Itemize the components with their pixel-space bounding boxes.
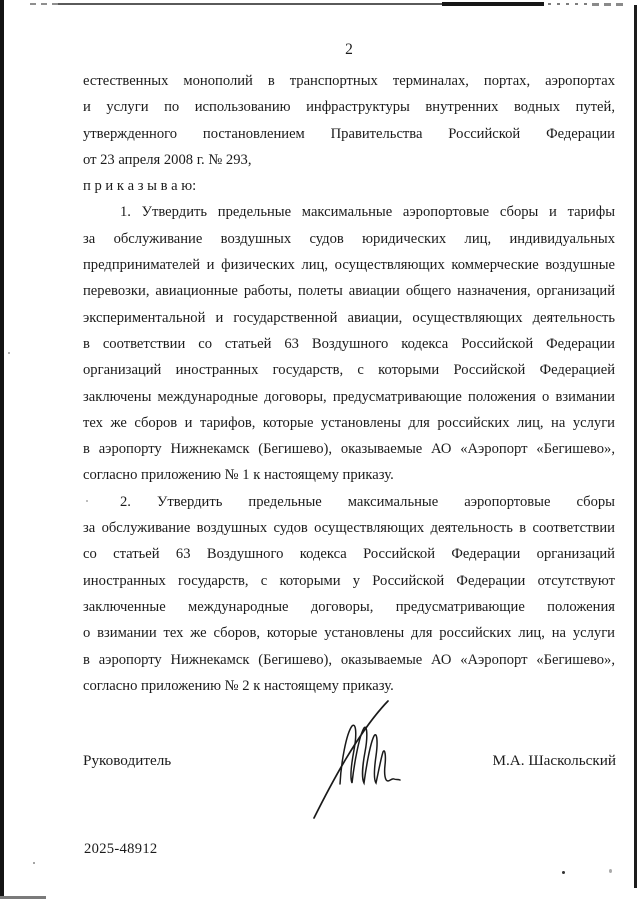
text-line-item-1: 1. Утвердить предельные максимальные аэр… — [83, 199, 615, 225]
text-line: и услуги по использованию инфраструктуры… — [83, 94, 615, 120]
scan-edge-top-dark — [442, 2, 544, 6]
text-line: организаций иностранных государств, с ко… — [83, 357, 615, 383]
scan-edge-top-line — [58, 3, 442, 5]
text-line: тех же сборов и тарифов, которые установ… — [83, 410, 615, 436]
scan-speck — [33, 862, 35, 864]
scan-edge-top-dashes — [30, 3, 58, 5]
scan-speck — [609, 869, 612, 873]
text-line: со статьей 63 Воздушного кодекса Российс… — [83, 541, 615, 567]
signer-position-label: Руководитель — [83, 751, 171, 770]
text-line: в аэропорту Нижнекамск (Бегишево), оказы… — [83, 647, 615, 673]
text-line: в соответствии со статьей 63 Воздушного … — [83, 331, 615, 357]
text-line: о взимании тех же сборов, которые устано… — [83, 620, 615, 646]
scan-corner-bottom-left — [0, 896, 46, 899]
text-line: в аэропорту Нижнекамск (Бегишево), оказы… — [83, 436, 615, 462]
text-line: заключенные международные договоры, пред… — [83, 594, 615, 620]
text-line: естественных монополий в транспортных те… — [83, 68, 615, 94]
text-line: от 23 апреля 2008 г. № 293, — [83, 147, 615, 173]
scan-speck — [8, 352, 10, 354]
text-line-item-2: 2. Утвердить предельные максимальные аэр… — [83, 489, 615, 515]
scan-edge-top-dashes-right — [592, 3, 625, 6]
text-line: иностранных государств, с которыми у Рос… — [83, 568, 615, 594]
page-number: 2 — [83, 41, 615, 58]
text-line: экспериментальной и государственной авиа… — [83, 305, 615, 331]
text-line: за обслуживание воздушных судов юридичес… — [83, 226, 615, 252]
text-line: за обслуживание воздушных судов осуществ… — [83, 515, 615, 541]
signer-name: М.А. Шаскольский — [492, 751, 616, 770]
text-line: согласно приложению № 1 к настоящему при… — [83, 462, 615, 488]
scan-edge-top-dots — [548, 3, 590, 5]
document-body: естественных монополий в транспортных те… — [83, 68, 615, 699]
text-line: заключены международные договоры, предус… — [83, 384, 615, 410]
text-line: предпринимателей и физических лиц, осуще… — [83, 252, 615, 278]
handwritten-signature — [300, 688, 405, 828]
text-line: утвержденного постановлением Правительст… — [83, 121, 615, 147]
scan-edge-left — [0, 0, 4, 897]
document-footer-code: 2025-48912 — [84, 841, 158, 858]
scan-speck — [562, 871, 565, 874]
text-line: перевозки, авиационные работы, полеты ав… — [83, 278, 615, 304]
document-page: 2 естественных монополий в транспортных … — [0, 0, 640, 905]
text-line-prikazyvayu: п р и к а з ы в а ю: — [83, 173, 615, 199]
scan-edge-right — [634, 5, 637, 888]
